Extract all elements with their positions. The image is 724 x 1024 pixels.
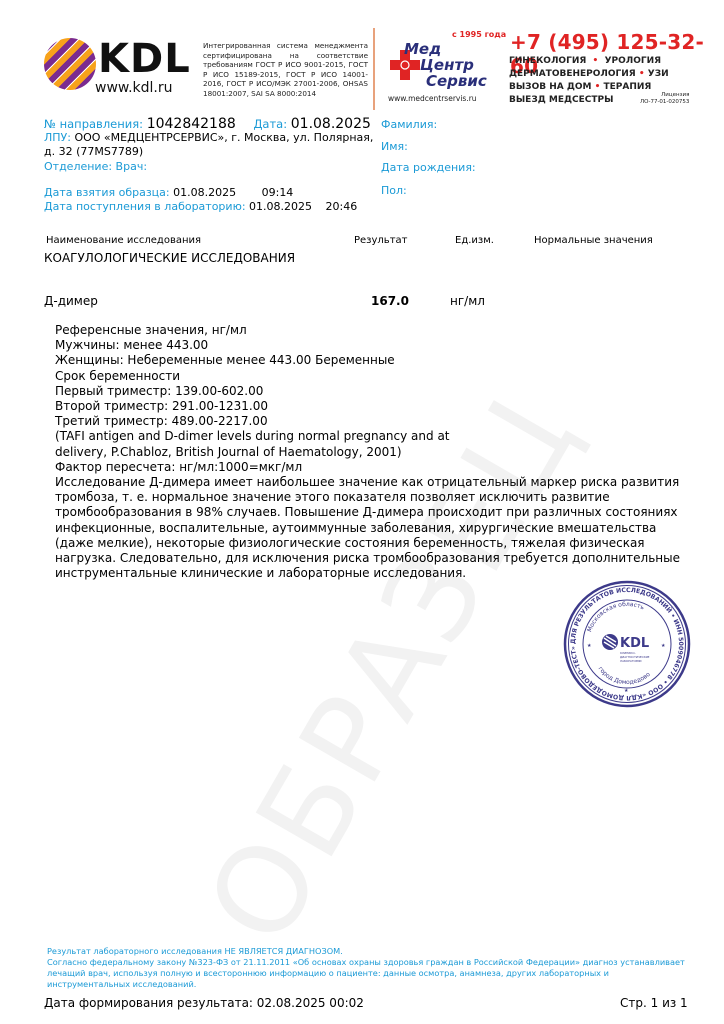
certification-text: Интегрированная система менеджмента серт… — [203, 41, 368, 99]
svg-text:★: ★ — [587, 643, 592, 649]
disclaimer-line: Согласно федеральному закону №323-ФЗ от … — [47, 957, 687, 990]
reference-line: delivery, P.Chabloz, British Journal of … — [55, 445, 685, 460]
referral-number: 1042842188 — [147, 116, 236, 132]
medcentrservis-url[interactable]: www.medcentrservis.ru — [388, 94, 477, 103]
svg-text:★: ★ — [661, 643, 666, 649]
medcentrservis-logo-icon: Мед Центр Сервис — [386, 36, 490, 92]
reference-line: Срок беременности — [55, 369, 685, 384]
birthdate-label: Дата рождения: — [381, 161, 476, 174]
reference-line: Мужчины: менее 443.00 — [55, 338, 685, 353]
kdl-globe-logo-icon — [44, 38, 96, 90]
svg-text:★: ★ — [624, 688, 629, 694]
sex-label: Пол: — [381, 184, 407, 197]
reference-block: Референсные значения, нг/мл Мужчины: мен… — [55, 323, 685, 581]
reference-line: Женщины: Небеременные менее 443.00 Берем… — [55, 353, 685, 368]
reference-line: Первый триместр: 139.00-602.00 — [55, 384, 685, 399]
reference-line: Референсные значения, нг/мл — [55, 323, 685, 338]
received-date: 01.08.2025 — [249, 200, 312, 213]
services-row: ГИНЕКОЛОГИЯ • УРОЛОГИЯ — [509, 55, 669, 68]
reference-line: Второй триместр: 291.00-1231.00 — [55, 399, 685, 414]
header-test-name: Наименование исследования — [46, 235, 201, 246]
test-name: Д-димер — [44, 294, 98, 308]
lpu-value: ООО «МЕДЦЕНТРСЕРВИС», г. Москва, ул. Пол… — [74, 131, 373, 144]
header-divider — [373, 28, 375, 110]
services-row: ДЕРМАТОВЕНЕРОЛОГИЯ • УЗИ — [509, 68, 669, 81]
lpu-address: д. 32 (77MS7789) — [44, 145, 143, 158]
sample-date-row: Дата взятия образца: 01.08.2025 09:14 — [44, 186, 293, 199]
received-time: 20:46 — [326, 200, 358, 213]
sample-time: 09:14 — [262, 186, 294, 199]
svg-text:город Домодедово: город Домодедово — [597, 665, 652, 686]
section-title: КОАГУЛОЛОГИЧЕСКИЕ ИССЛЕДОВАНИЯ — [44, 251, 295, 265]
svg-text:Московская область: Московская область — [586, 601, 645, 633]
disclaimer: Результат лабораторного исследования НЕ … — [47, 946, 687, 990]
license-info: Лицензия ЛО-77-01-020753 — [640, 92, 689, 106]
header-unit: Ед.изм. — [455, 235, 494, 246]
sample-date-label: Дата взятия образца: — [44, 186, 170, 199]
lpu-row: ЛПУ: ООО «МЕДЦЕНТРСЕРВИС», г. Москва, ул… — [44, 131, 373, 144]
reference-line: (TAFI antigen and D-dimer levels during … — [55, 429, 685, 444]
lpu-label: ЛПУ: — [44, 131, 71, 144]
department-label: Отделение: Врач: — [44, 160, 147, 173]
since-label: с 1995 года — [452, 30, 506, 39]
laboratory-stamp-icon: ДЛЯ РЕЗУЛЬТАТОВ ИССЛЕДОВАНИЙ • ИНН 50090… — [563, 580, 691, 708]
kdl-url[interactable]: www.kdl.ru — [95, 80, 172, 96]
date-label: Дата: — [253, 117, 287, 131]
reference-description: Исследование Д-димера имеет наибольшее з… — [55, 475, 685, 581]
reference-line: Фактор пересчета: нг/мл:1000=мкг/мл — [55, 460, 685, 475]
header-normal-values: Нормальные значения — [534, 235, 653, 246]
sample-date: 01.08.2025 — [173, 186, 236, 199]
page-number: Стр. 1 из 1 — [620, 996, 688, 1010]
test-result: 167.0 — [371, 294, 409, 308]
order-date: 01.08.2025 — [291, 116, 371, 132]
generation-date: Дата формирования результата: 02.08.2025… — [44, 996, 364, 1010]
header-result: Результат — [354, 235, 407, 246]
svg-text:KDL: KDL — [620, 636, 649, 651]
kdl-brand-name: KDL — [98, 36, 191, 82]
reference-line: Третий триместр: 489.00-2217.00 — [55, 414, 685, 429]
received-label: Дата поступления в лабораторию: — [44, 200, 246, 213]
surname-label: Фамилия: — [381, 118, 437, 131]
referral-label: № направления: — [44, 117, 143, 131]
name-label: Имя: — [381, 140, 408, 153]
received-date-row: Дата поступления в лабораторию: 01.08.20… — [44, 200, 357, 213]
svg-text:ЛАБОРАТОРИИ: ЛАБОРАТОРИИ — [620, 659, 642, 663]
referral-row: № направления: 1042842188 Дата: 01.08.20… — [44, 116, 371, 132]
disclaimer-line: Результат лабораторного исследования НЕ … — [47, 946, 687, 957]
test-unit: нг/мл — [450, 294, 485, 308]
svg-text:Сервис: Сервис — [426, 72, 487, 90]
